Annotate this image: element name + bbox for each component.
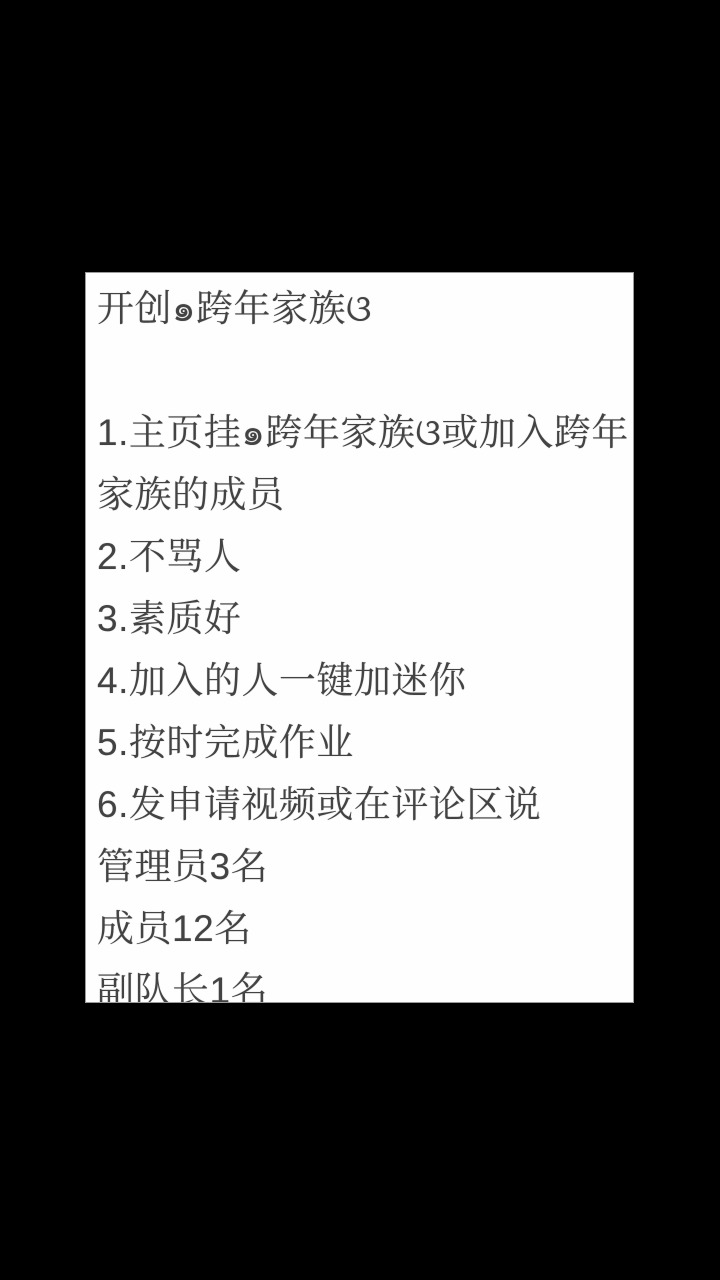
notice-title: 开创๑跨年家族ଓ bbox=[97, 278, 629, 340]
notice-card: 开创๑跨年家族ଓ 1.主页挂๑跨年家族ଓ或加入跨年家族的成员2.不骂人3.素质好… bbox=[86, 273, 633, 1002]
notice-line: 4.加入的人一键加迷你 bbox=[97, 650, 629, 712]
notice-text-block: 开创๑跨年家族ଓ 1.主页挂๑跨年家族ଓ或加入跨年家族的成员2.不骂人3.素质好… bbox=[97, 278, 629, 1002]
notice-line: 1.主页挂๑跨年家族ଓ或加入跨年 bbox=[97, 402, 629, 464]
notice-line: 家族的成员 bbox=[97, 464, 629, 526]
notice-line: 2.不骂人 bbox=[97, 526, 629, 588]
notice-line bbox=[97, 340, 629, 402]
notice-line: 副队长1名 bbox=[97, 960, 629, 1002]
notice-line: 5.按时完成作业 bbox=[97, 712, 629, 774]
notice-line: 3.素质好 bbox=[97, 588, 629, 650]
notice-line: 管理员3名 bbox=[97, 836, 629, 898]
notice-line: 成员12名 bbox=[97, 898, 629, 960]
notice-line: 6.发申请视频或在评论区说 bbox=[97, 774, 629, 836]
video-frame: { "page": { "background_color": "#000000… bbox=[0, 0, 720, 1280]
